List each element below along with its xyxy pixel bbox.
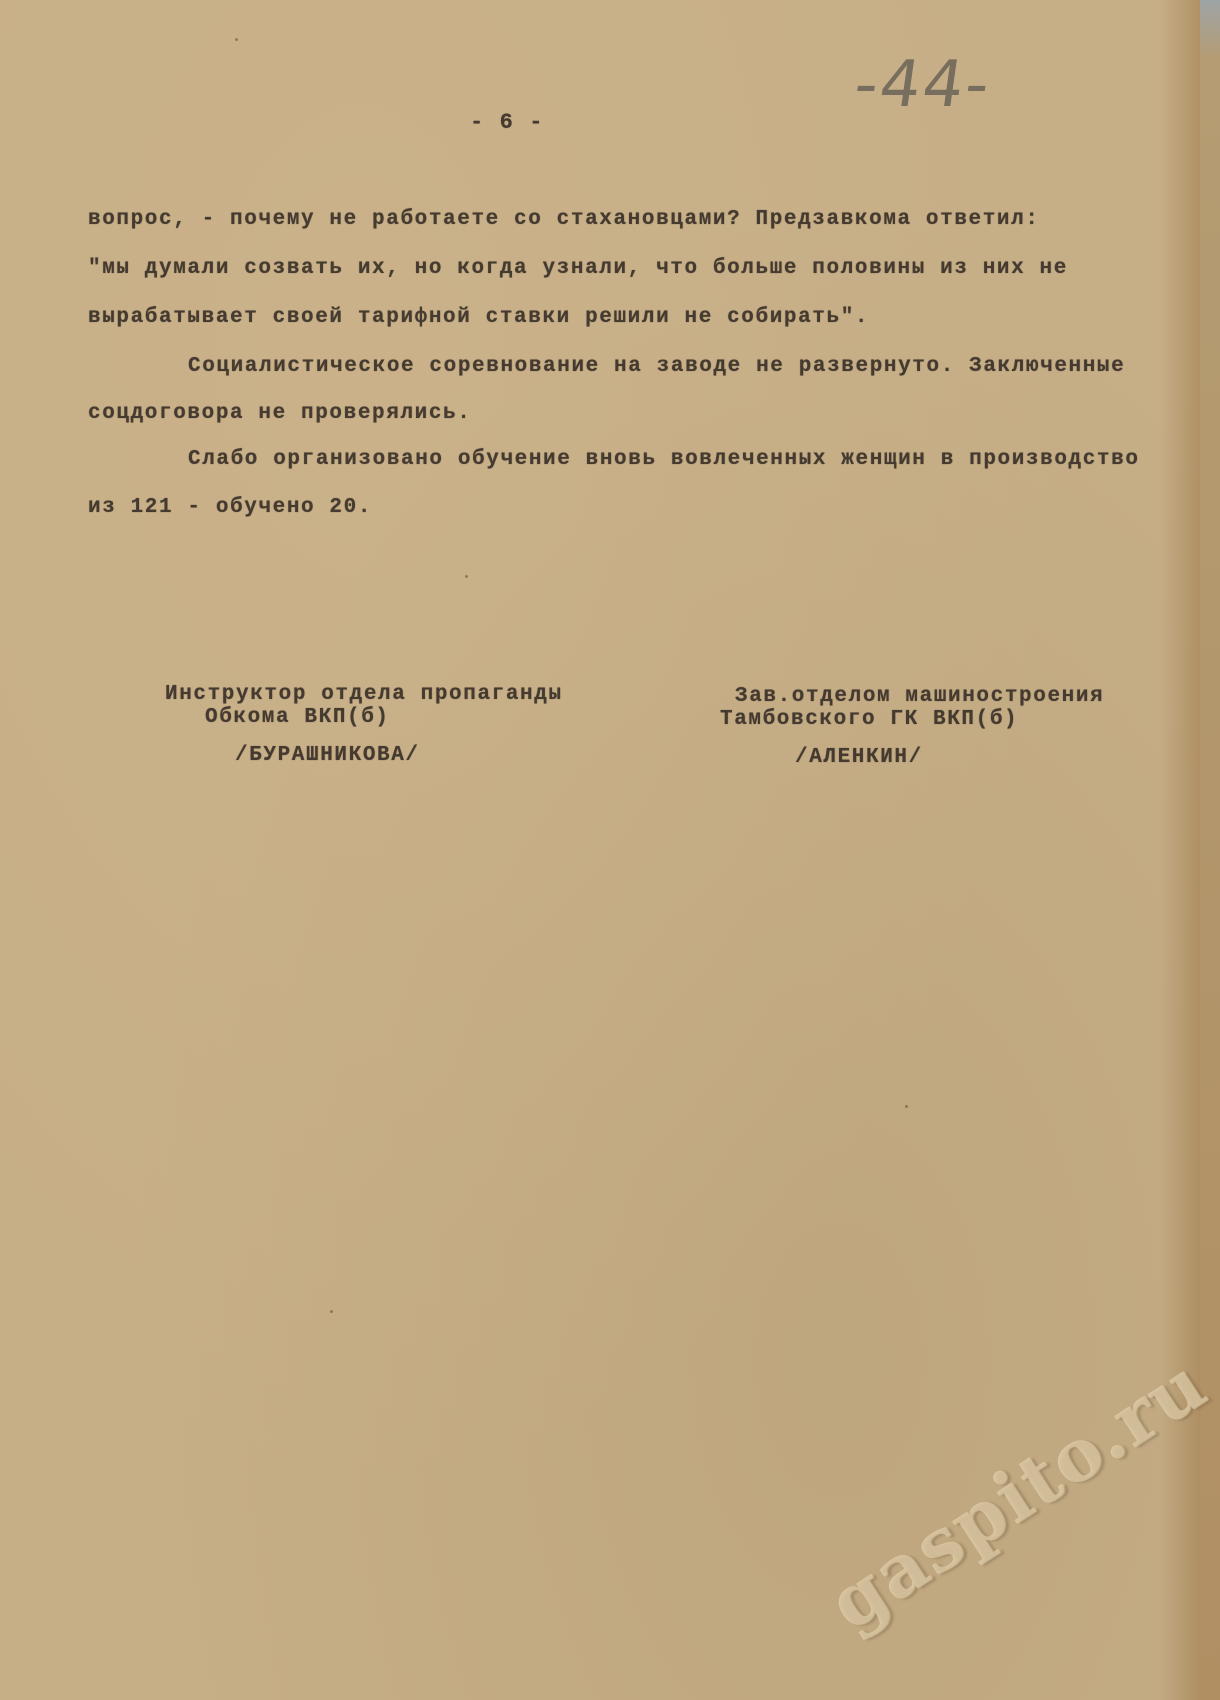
left-signature-organization: Обкома ВКП(б)	[205, 706, 390, 729]
paper-speck	[465, 575, 468, 578]
paragraph-3-line-1: Слабо организовано обучение вновь вовлеч…	[188, 448, 1140, 471]
page-number: - 6 -	[470, 110, 544, 135]
handwritten-folio-number: -44-	[850, 48, 996, 122]
background-surface	[1200, 0, 1220, 1700]
paper-speck	[905, 1105, 908, 1108]
paragraph-2-line-2: соцдоговора не проверялись.	[88, 402, 471, 425]
right-signature-title: Зав.отделом машиностроения	[735, 685, 1104, 708]
paper-speck	[330, 1310, 333, 1313]
right-signature-name: /АЛЕНКИН/	[795, 746, 923, 769]
paragraph-1-line-1: вопрос, - почему не работаете со стахано…	[88, 208, 1040, 231]
paragraph-2-line-1: Социалистическое соревнование на заводе …	[188, 355, 1125, 378]
paragraph-3-line-2: из 121 - обучено 20.	[88, 496, 372, 519]
document-page: -44- - 6 - вопрос, - почему не работаете…	[0, 0, 1200, 1700]
paragraph-1-line-2: "мы думали созвать их, но когда узнали, …	[88, 257, 1068, 280]
left-signature-title: Инструктор отдела пропаганды	[165, 683, 563, 706]
left-signature-name: /БУРАШНИКОВА/	[235, 744, 420, 767]
paper-speck	[235, 38, 238, 41]
paragraph-1-line-3: вырабатывает своей тарифной ставки решил…	[88, 306, 869, 329]
right-signature-organization: Тамбовского ГК ВКП(б)	[720, 708, 1018, 731]
